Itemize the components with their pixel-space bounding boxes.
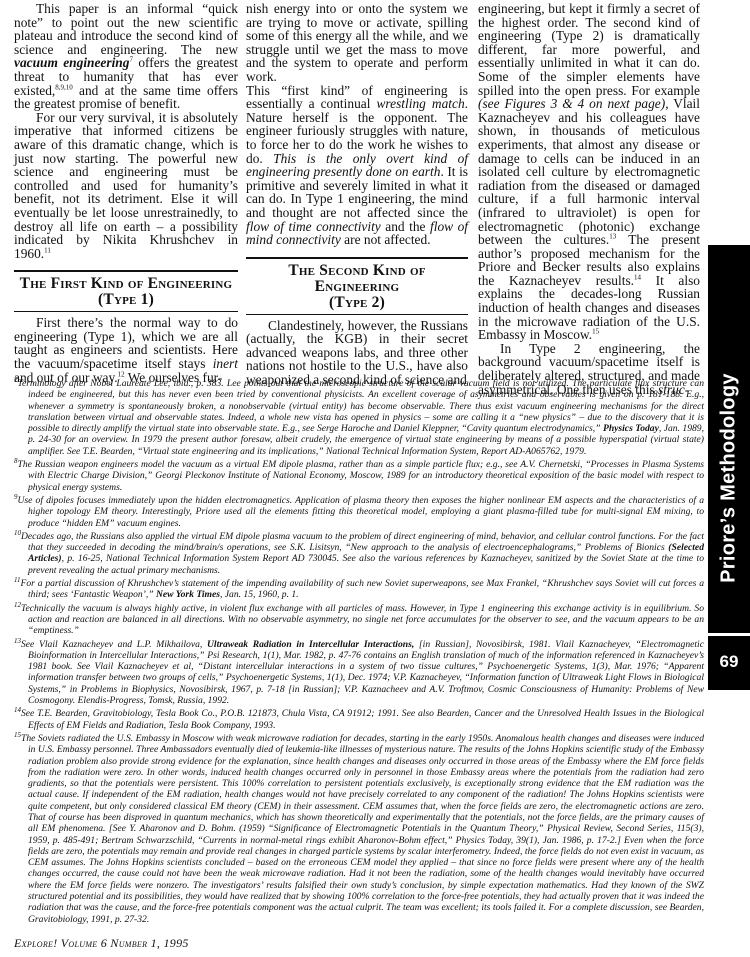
footnote-text: Terminology after Nobel Laureate Lee, ib… — [18, 378, 705, 434]
footnote-ref[interactable]: 11 — [44, 246, 51, 254]
footnote-text: Decades ago, the Russians also applied t… — [21, 531, 704, 553]
side-tab-text: Priore’s Methodology — [718, 373, 741, 583]
footnote-bold: Ultraweak Radiation in Intercellular Int… — [207, 639, 414, 650]
column-1: This paper is an informal “quick note” t… — [14, 2, 238, 384]
paragraph-type2: Clandestinely, however, the Russians (ac… — [246, 319, 468, 387]
paragraph-kaznacheyev: engineering, but kept it firmly a secret… — [478, 2, 700, 342]
emphasis: This is the only overt kind of engineeri… — [246, 151, 468, 180]
footnote-text: , Jan. 15, 1960, p. 1. — [220, 589, 299, 600]
paragraph-survival: For our very survival, it is absolutely … — [14, 111, 238, 261]
footnote-13: 13See Vlail Kaznacheyev and L.P. Mikhail… — [14, 639, 704, 707]
paragraph-type1: First there’s the normal way to do engin… — [14, 316, 238, 384]
heading-line: The First Kind of Engineering — [20, 275, 233, 292]
text: , Vlail Kaznacheyev and his colleagues h… — [478, 96, 700, 247]
footnote-bold: New York Times — [156, 589, 220, 600]
column-2: nish energy into or onto the system we a… — [246, 2, 468, 387]
text: engineering, but kept it firmly a secret… — [478, 1, 700, 98]
footnote-bold: Physics Today — [603, 423, 659, 434]
footnote-14: 14See T.E. Bearden, Gravitobiology, Tesl… — [14, 708, 704, 731]
footnote-text: Use of dipoles focuses immediately upon … — [18, 495, 705, 529]
footnote-ref[interactable]: 15 — [592, 328, 599, 336]
footnote-10: 10Decades ago, the Russians also applied… — [14, 531, 704, 576]
footnote-8: 8The Russian weapon engineers model the … — [14, 459, 704, 493]
footnote-text: For a partial discussion of Khrushchev’s… — [20, 578, 704, 600]
footnote-number: 13 — [14, 636, 21, 644]
heading-line: The Second Kind of Engineering — [288, 262, 425, 295]
footnote-number: 14 — [14, 706, 21, 714]
page-number: 69 — [708, 636, 750, 690]
section-side-tab: Priore’s Methodology — [708, 245, 750, 633]
footnote-text: See Vlail Kaznacheyev and L.P. Mikhailov… — [21, 639, 207, 650]
footnote-15: 15The Soviets radiated the U.S. Embassy … — [14, 733, 704, 925]
footnote-text: The Soviets radiated the U.S. Embassy in… — [21, 733, 704, 925]
footnote-number: 10 — [14, 529, 21, 537]
journal-footer: Explore! Volume 6 Number 1, 1995 — [14, 936, 189, 951]
footnote-12: 12Technically the vacuum is always highl… — [14, 603, 704, 637]
footnote-text: See T.E. Bearden, Gravitobiology, Tesla … — [21, 708, 704, 730]
section-heading-type2: The Second Kind of Engineering(Type 2) — [246, 257, 468, 315]
column-3: engineering, but kept it firmly a secret… — [478, 2, 700, 396]
footnote-number: 15 — [14, 731, 21, 739]
footnote-ref[interactable]: 8,9,10 — [55, 83, 73, 91]
heading-line: (Type 2) — [329, 294, 385, 311]
text: First there’s the normal way to do engin… — [14, 315, 238, 371]
side-tab-label: Priore’s Methodology — [708, 245, 750, 633]
paragraph-continued: nish energy into or onto the system we a… — [246, 2, 468, 84]
footnote-7: 7Terminology after Nobel Laureate Lee, i… — [14, 378, 704, 457]
paragraph-wrestling: This “first kind” of engineering is esse… — [246, 84, 468, 247]
footnote-11: 11For a partial discussion of Khrushchev… — [14, 578, 704, 601]
section-heading-type1: The First Kind of Engineering(Type 1) — [14, 270, 238, 312]
heading-line: (Type 1) — [98, 291, 154, 308]
footnote-text: , p. 16-25, National Technical Informati… — [28, 553, 704, 575]
footnote-text: The Russian weapon engineers model the v… — [18, 459, 705, 493]
footnotes: 7Terminology after Nobel Laureate Lee, i… — [14, 378, 704, 927]
footnote-ref[interactable]: 14 — [634, 273, 641, 281]
footnote-9: 9Use of dipoles focuses immediately upon… — [14, 495, 704, 529]
footnote-ref[interactable]: 12 — [118, 370, 125, 378]
paragraph-intro: This paper is an informal “quick note” t… — [14, 2, 238, 111]
text: are not affected. — [341, 232, 431, 247]
footnote-number: 12 — [14, 600, 21, 608]
footnote-text: Technically the vacuum is always highly … — [21, 603, 704, 637]
text: For our very survival, it is absolutely … — [14, 110, 238, 261]
text: This paper is an informal “quick note” t… — [14, 1, 238, 57]
